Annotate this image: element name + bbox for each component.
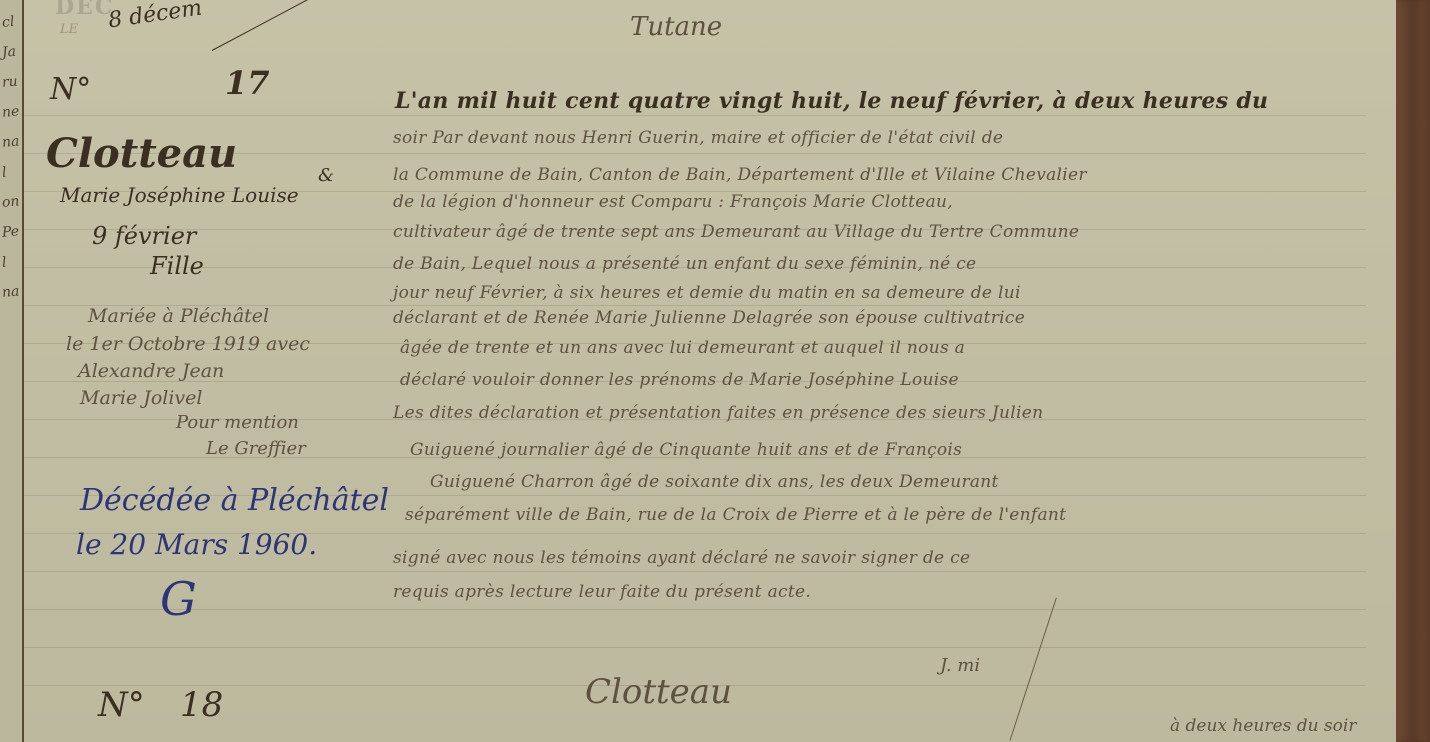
ampersand-mark: & [318, 165, 334, 186]
body-line: jour neuf Février, à six heures et demie… [393, 283, 1021, 303]
body-line: séparément ville de Bain, rue de la Croi… [405, 505, 1066, 525]
death-stamp: DÉC [55, 0, 114, 20]
marriage-note-line: Mariée à Pléchâtel [88, 305, 269, 327]
margin-mark: J. mi [940, 655, 980, 676]
body-line: requis après lecture leur faite du prése… [393, 582, 811, 602]
body-line: de Bain, Lequel nous a présenté un enfan… [393, 254, 976, 274]
body-line: Guiguené Charron âgé de soixante dix ans… [430, 472, 999, 492]
death-note-initial: G [160, 572, 197, 626]
body-line: déclarant et de Renée Marie Julienne Del… [393, 308, 1025, 328]
body-line: cultivateur âgé de trente sept ans Demeu… [393, 222, 1079, 242]
body-line: la Commune de Bain, Canton de Bain, Dépa… [393, 165, 1087, 185]
death-note-line: le 20 Mars 1960. [76, 528, 317, 561]
next-act-label: N° [98, 685, 145, 725]
death-note-line: Décédée à Pléchâtel [80, 483, 389, 518]
marriage-note-line: Le Greffier [206, 438, 306, 459]
marriage-note-line: le 1er Octobre 1919 avec [66, 333, 310, 355]
act-number: 17 [225, 64, 270, 102]
book-binding [1396, 0, 1430, 742]
act-number-label: N° [50, 72, 91, 107]
body-line: soir Par devant nous Henri Guerin, maire… [393, 128, 1003, 148]
body-line: âgée de trente et un ans avec lui demeur… [400, 338, 965, 358]
body-line: signé avec nous les témoins ayant déclar… [393, 548, 970, 568]
body-line: L'an mil huit cent quatre vingt huit, le… [395, 88, 1268, 114]
body-line: déclaré vouloir donner les prénoms de Ma… [400, 370, 959, 390]
body-line: de la légion d'honneur est Comparu : Fra… [393, 192, 953, 212]
margin-date: 9 février [92, 222, 196, 250]
header-word: Tutane [630, 12, 722, 42]
father-signature: Clotteau [585, 672, 732, 712]
pen-stroke [212, 0, 318, 51]
body-line: Les dites déclaration et présentation fa… [393, 403, 1043, 423]
margin-given-names: Marie Joséphine Louise [60, 183, 299, 207]
mayor-signature-stroke [1010, 598, 1057, 741]
body-line: Guiguené journalier âgé de Cinquante hui… [410, 440, 962, 460]
marriage-note-line: Alexandre Jean [78, 360, 224, 382]
stamp-date: 8 décem [107, 0, 204, 33]
margin-sex: Fille [150, 252, 204, 280]
register-page: clJarunenalonPelna DÉC LE 8 décem N° 17 … [0, 0, 1400, 742]
adjacent-page-edge: clJarunenalonPelna [0, 0, 24, 742]
margin-surname: Clotteau [46, 130, 237, 177]
next-act-number: 18 [180, 685, 223, 725]
next-act-fragment: à deux heures du soir [1170, 716, 1356, 736]
marriage-note-line: Marie Jolivel [80, 387, 203, 409]
stamp-sub: LE [60, 22, 78, 37]
marriage-note-line: Pour mention [176, 412, 299, 433]
